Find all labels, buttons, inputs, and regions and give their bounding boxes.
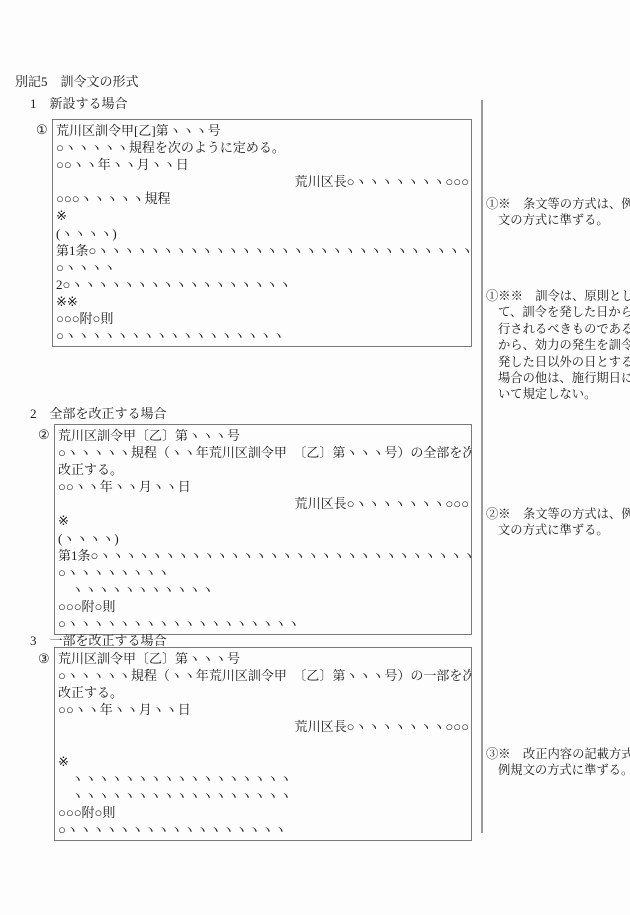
box-line: 荒川区長○ヽヽヽヽヽヽヽ○○○ (56, 173, 471, 190)
box-line: ○○○附○則 (56, 310, 471, 327)
section-2-heading: 2 全部を改正する場合 (30, 403, 167, 422)
box-line: 改正する。 (58, 684, 471, 701)
page-title: 別記5 訓令文の形式 (15, 71, 139, 90)
annotation-1: ①※ 条文等の方式は、例規文の方式に準ずる。 (486, 196, 630, 229)
box-line: ○ヽヽヽヽ (56, 259, 471, 276)
annotation-2: ①※※ 訓令は、原則として、訓令を発した日から施行されるべきものであるから、効力… (486, 288, 630, 403)
box-line: ○ヽヽヽヽヽ規程を次のように定める。 (56, 139, 471, 156)
box-line: ○ヽヽヽヽヽ規程（ヽヽ年荒川区訓令甲 〔乙〕第ヽヽヽ号）の一部を次のように (58, 667, 471, 684)
annotation-line: 文の方式に準ずる。 (486, 212, 630, 228)
annotation-line: 行されるべきものである (486, 321, 630, 337)
box-line: 第1条○ヽヽヽヽヽヽヽヽヽヽヽヽヽヽヽヽヽヽヽヽヽヽヽヽヽヽヽヽヽヽヽヽヽ (58, 547, 471, 564)
box-line: ※ (58, 512, 471, 529)
section-3-marker: ③ (38, 651, 50, 667)
box-line: ヽヽヽヽヽヽヽヽヽヽヽヽヽヽヽヽヽ (58, 787, 471, 804)
annotation-line: 発した日以外の日とする (486, 354, 630, 370)
box-line: (ヽヽヽヽ) (56, 225, 471, 242)
box-line: 改正する。 (58, 461, 471, 478)
box-line: 第1条○ヽヽヽヽヽヽヽヽヽヽヽヽヽヽヽヽヽヽヽヽヽヽヽヽヽヽヽヽヽヽヽヽヽ (56, 242, 471, 259)
box-line: ○ヽヽヽヽヽヽヽヽヽヽヽヽヽヽヽヽヽ (58, 821, 471, 838)
annotation-line: いて規定しない。 (486, 386, 630, 402)
annotation-4: ③※ 改正内容の記載方式は例規文の方式に準ずる。 (486, 746, 630, 779)
annotation-line: 場合の他は、施行期日につ (486, 370, 630, 386)
box-line: 荒川区訓令甲[乙]第ヽヽヽ号 (56, 122, 471, 139)
separator-line (481, 100, 483, 833)
box-line: ○ヽヽヽヽヽヽヽヽ (58, 564, 471, 581)
box-line: ※ (58, 753, 471, 770)
box-line: 2○ヽヽヽヽヽヽヽヽヽヽヽヽヽヽヽヽヽ (56, 276, 471, 293)
box-line: ヽヽヽヽヽヽヽヽヽヽヽ (58, 581, 471, 598)
box-line: ○ヽヽヽヽヽ規程（ヽヽ年荒川区訓令甲 〔乙〕第ヽヽヽ号）の全部を次のように (58, 444, 471, 461)
section-2-marker: ② (38, 427, 50, 443)
box-line: (ヽヽヽヽ) (58, 530, 471, 547)
box-line: 荒川区長○ヽヽヽヽヽヽヽ○○○ (58, 718, 471, 735)
box-line: ※※ (56, 293, 471, 310)
box-line: 荒川区長○ヽヽヽヽヽヽヽ○○○ (58, 495, 471, 512)
box-line: 荒川区訓令甲〔乙〕第ヽヽヽ号 (58, 427, 471, 444)
example-box-2: 荒川区訓令甲〔乙〕第ヽヽヽ号○ヽヽヽヽヽ規程（ヽヽ年荒川区訓令甲 〔乙〕第ヽヽヽ… (54, 424, 472, 635)
example-box-3: 荒川区訓令甲〔乙〕第ヽヽヽ号○ヽヽヽヽヽ規程（ヽヽ年荒川区訓令甲 〔乙〕第ヽヽヽ… (54, 647, 472, 841)
box-line: ○○○ヽヽヽヽヽ規程 (56, 190, 471, 207)
box-line (58, 735, 471, 752)
document-page: 別記5 訓令文の形式 1 新設する場合 ① 荒川区訓令甲[乙]第ヽヽヽ号○ヽヽヽ… (0, 0, 630, 915)
box-line: ※ (56, 207, 471, 224)
box-line: 荒川区訓令甲〔乙〕第ヽヽヽ号 (58, 650, 471, 667)
annotation-line: から、効力の発生を訓令を (486, 337, 630, 353)
annotation-line: ①※ 条文等の方式は、例規 (486, 196, 630, 212)
box-line: ○○○附○則 (58, 804, 471, 821)
box-line: ○○○附○則 (58, 598, 471, 615)
annotation-3: ②※ 条文等の方式は、例規文の方式に準ずる。 (486, 506, 630, 539)
annotation-line: 例規文の方式に準ずる。 (486, 762, 630, 778)
box-line: ○ヽヽヽヽヽヽヽヽヽヽヽヽヽヽヽヽヽ (56, 327, 471, 344)
annotation-line: ②※ 条文等の方式は、例規 (486, 506, 630, 522)
box-line: ヽヽヽヽヽヽヽヽヽヽヽヽヽヽヽヽヽ (58, 770, 471, 787)
annotation-line: て、訓令を発した日から施 (486, 304, 630, 320)
annotation-line: ①※※ 訓令は、原則とし (486, 288, 630, 304)
section-1-marker: ① (36, 122, 48, 138)
annotation-line: ③※ 改正内容の記載方式は (486, 746, 630, 762)
box-line: ○○ヽヽ年ヽヽ月ヽヽ日 (56, 156, 471, 173)
box-line: ○○ヽヽ年ヽヽ月ヽヽ日 (58, 478, 471, 495)
example-box-1: 荒川区訓令甲[乙]第ヽヽヽ号○ヽヽヽヽヽ規程を次のように定める。○○ヽヽ年ヽヽ月… (52, 119, 472, 347)
box-line: ○○ヽヽ年ヽヽ月ヽヽ日 (58, 701, 471, 718)
annotation-line: 文の方式に準ずる。 (486, 522, 630, 538)
section-1-heading: 1 新設する場合 (30, 93, 128, 112)
